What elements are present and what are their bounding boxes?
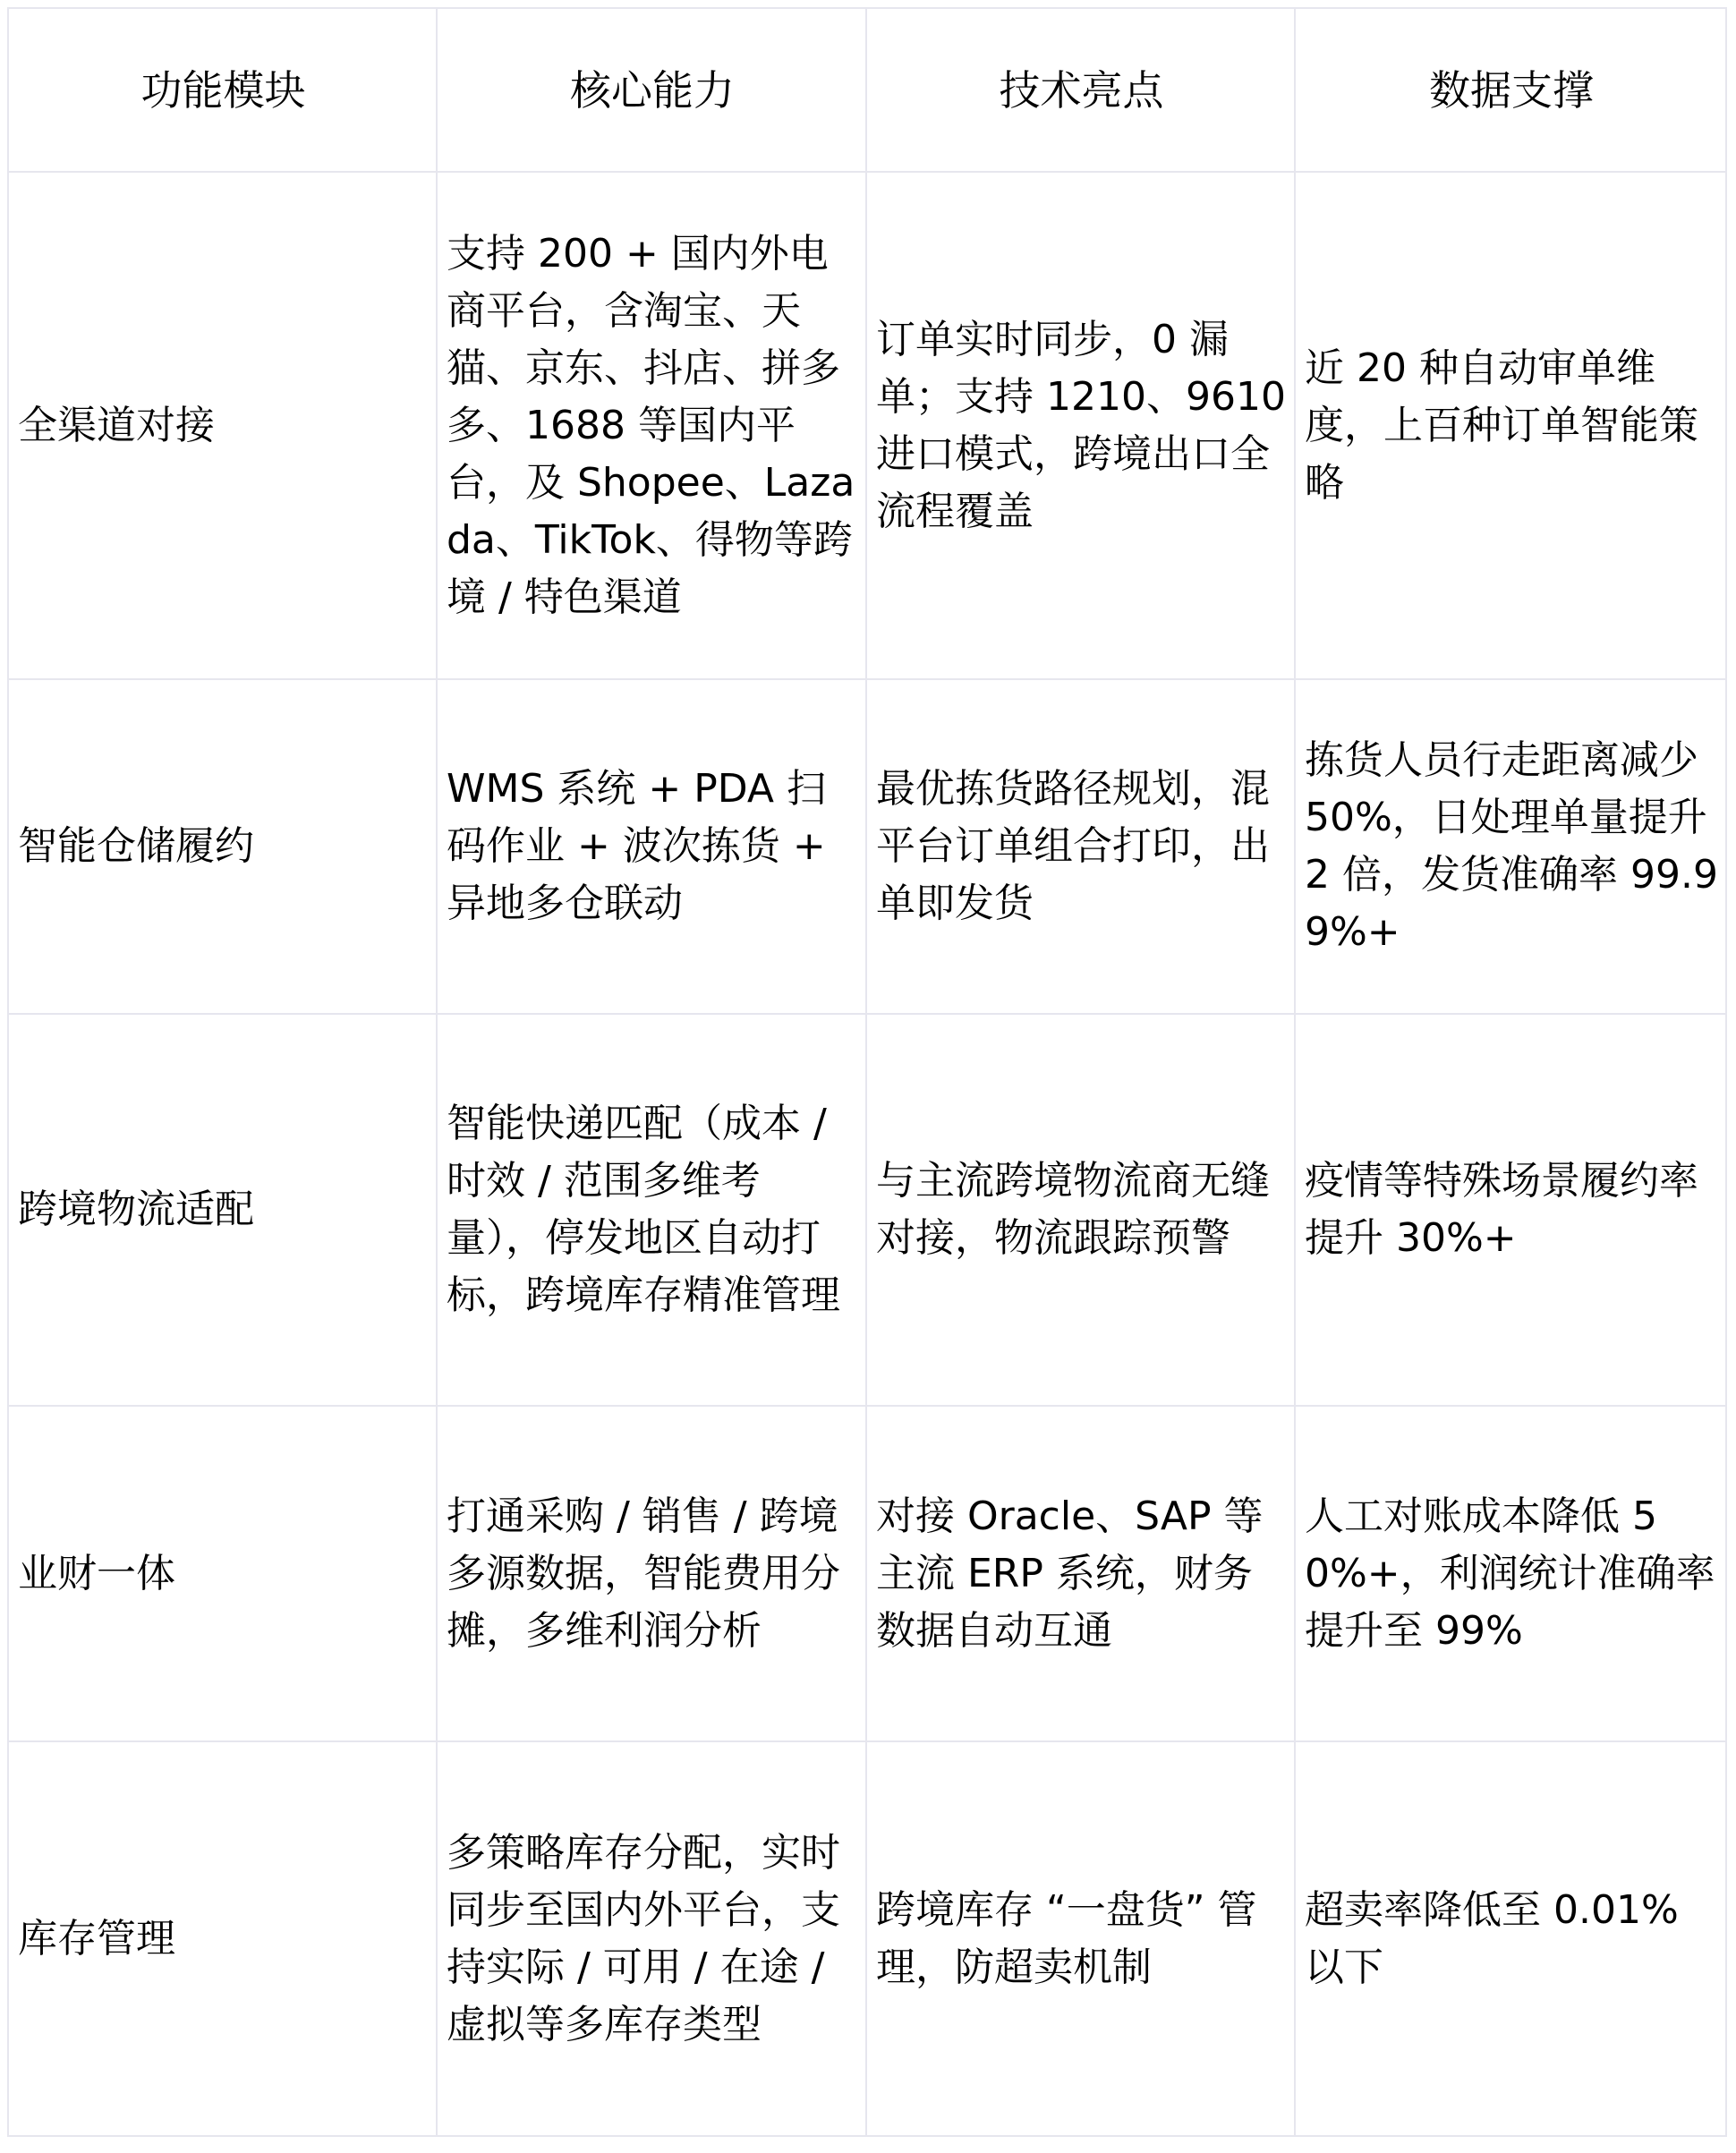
table-row: 库存管理 多策略库存分配，实时同步至国内外平台，支持实际 / 可用 / 在途 /… (8, 1741, 1726, 2136)
cell-capability: 多策略库存分配，实时同步至国内外平台，支持实际 / 可用 / 在途 / 虚拟等多… (437, 1741, 866, 2136)
cell-data: 疫情等特殊场景履约率提升 30%+ (1295, 1014, 1726, 1406)
cell-module: 全渠道对接 (8, 172, 437, 679)
cell-module: 跨境物流适配 (8, 1014, 437, 1406)
cell-data: 超卖率降低至 0.01% 以下 (1295, 1741, 1726, 2136)
cell-highlight: 对接 Oracle、SAP 等主流 ERP 系统，财务数据自动互通 (866, 1406, 1295, 1741)
table-row: 全渠道对接 支持 200 + 国内外电商平台，含淘宝、天猫、京东、抖店、拼多多、… (8, 172, 1726, 679)
header-highlight: 技术亮点 (866, 8, 1295, 172)
cell-data: 近 20 种自动审单维度，上百种订单智能策略 (1295, 172, 1726, 679)
cell-highlight: 跨境库存 “一盘货” 管理，防超卖机制 (866, 1741, 1295, 2136)
cell-highlight: 最优拣货路径规划，混平台订单组合打印，出单即发货 (866, 679, 1295, 1014)
cell-capability: 智能快递匹配（成本 / 时效 / 范围多维考量），停发地区自动打标，跨境库存精准… (437, 1014, 866, 1406)
cell-capability: WMS 系统 + PDA 扫码作业 + 波次拣货 + 异地多仓联动 (437, 679, 866, 1014)
table-row: 跨境物流适配 智能快递匹配（成本 / 时效 / 范围多维考量），停发地区自动打标… (8, 1014, 1726, 1406)
table-header-row: 功能模块 核心能力 技术亮点 数据支撑 (8, 8, 1726, 172)
header-data: 数据支撑 (1295, 8, 1726, 172)
cell-module: 库存管理 (8, 1741, 437, 2136)
table-row: 业财一体 打通采购 / 销售 / 跨境多源数据，智能费用分摊，多维利润分析 对接… (8, 1406, 1726, 1741)
cell-module: 智能仓储履约 (8, 679, 437, 1014)
cell-highlight: 订单实时同步，0 漏单；支持 1210、9610 进口模式，跨境出口全流程覆盖 (866, 172, 1295, 679)
header-module: 功能模块 (8, 8, 437, 172)
cell-data: 人工对账成本降低 50%+，利润统计准确率提升至 99% (1295, 1406, 1726, 1741)
cell-data: 拣货人员行走距离减少 50%，日处理单量提升 2 倍，发货准确率 99.99%+ (1295, 679, 1726, 1014)
table-row: 智能仓储履约 WMS 系统 + PDA 扫码作业 + 波次拣货 + 异地多仓联动… (8, 679, 1726, 1014)
cell-highlight: 与主流跨境物流商无缝对接，物流跟踪预警 (866, 1014, 1295, 1406)
cell-capability: 打通采购 / 销售 / 跨境多源数据，智能费用分摊，多维利润分析 (437, 1406, 866, 1741)
header-capability: 核心能力 (437, 8, 866, 172)
feature-comparison-table: 功能模块 核心能力 技术亮点 数据支撑 全渠道对接 支持 200 + 国内外电商… (7, 7, 1727, 2137)
cell-module: 业财一体 (8, 1406, 437, 1741)
cell-capability: 支持 200 + 国内外电商平台，含淘宝、天猫、京东、抖店、拼多多、1688 等… (437, 172, 866, 679)
